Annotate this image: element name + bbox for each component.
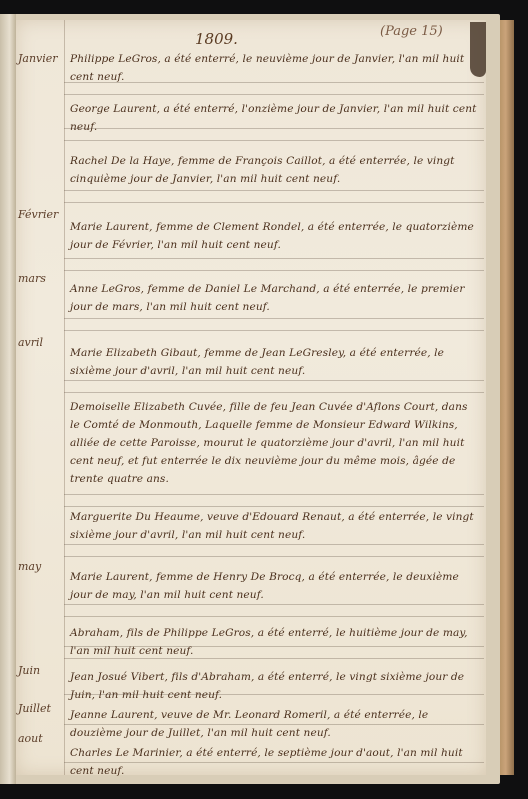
- burial-entry: Marguerite Du Heaume, veuve d'Edouard Re…: [70, 508, 480, 544]
- ruled-line: [64, 270, 484, 271]
- month-label: mars: [18, 272, 68, 285]
- burial-entry: Marie Laurent, femme de Clement Rondel, …: [70, 218, 480, 254]
- ruled-line: [64, 494, 484, 495]
- ruled-line: [64, 392, 484, 393]
- book-spine: [0, 14, 16, 784]
- burial-entry: Jeanne Laurent, veuve de Mr. Leonard Rom…: [70, 706, 480, 742]
- burial-entry: George Laurent, a été enterré, l'onzième…: [70, 100, 480, 136]
- ruled-line: [64, 94, 484, 95]
- burial-entry: Jean Josué Vibert, fils d'Abraham, a été…: [70, 668, 480, 704]
- ruled-line: [64, 330, 484, 331]
- ruled-line: [64, 616, 484, 617]
- ruled-line: [64, 506, 484, 507]
- burial-entry: Marie Elizabeth Gibaut, femme de Jean Le…: [70, 344, 480, 380]
- burial-entry: Anne LeGros, femme de Daniel Le Marchand…: [70, 280, 480, 316]
- page-number: (Page 15): [380, 24, 443, 39]
- month-label: Janvier: [18, 52, 68, 65]
- burial-entry: Charles Le Marinier, a été enterré, le s…: [70, 744, 480, 780]
- burial-entry: Philippe LeGros, a été enterré, le neuvi…: [70, 50, 480, 86]
- burial-entry: Abraham, fils de Philippe LeGros, a été …: [70, 624, 480, 660]
- month-label: aout: [18, 732, 68, 745]
- month-label: Juin: [18, 664, 68, 677]
- ruled-line: [64, 318, 484, 319]
- ruled-line: [64, 190, 484, 191]
- ruled-line: [64, 140, 484, 141]
- ruled-line: [64, 604, 484, 605]
- ruled-line: [64, 202, 484, 203]
- year-heading: 1809.: [195, 30, 238, 48]
- margin-rule: [64, 20, 65, 775]
- ruled-line: [64, 544, 484, 545]
- month-label: may: [18, 560, 68, 573]
- month-label: avril: [18, 336, 68, 349]
- ruled-line: [64, 380, 484, 381]
- ruled-line: [64, 556, 484, 557]
- burial-entry: Marie Laurent, femme de Henry De Brocq, …: [70, 568, 480, 604]
- burial-entry: Demoiselle Elizabeth Cuvée, fille de feu…: [70, 398, 480, 488]
- month-label: Juillet: [18, 702, 68, 715]
- page-edge: [500, 20, 514, 775]
- burial-entry: Rachel De la Haye, femme de François Cai…: [70, 152, 480, 188]
- ruled-line: [64, 258, 484, 259]
- month-label: Février: [18, 208, 68, 221]
